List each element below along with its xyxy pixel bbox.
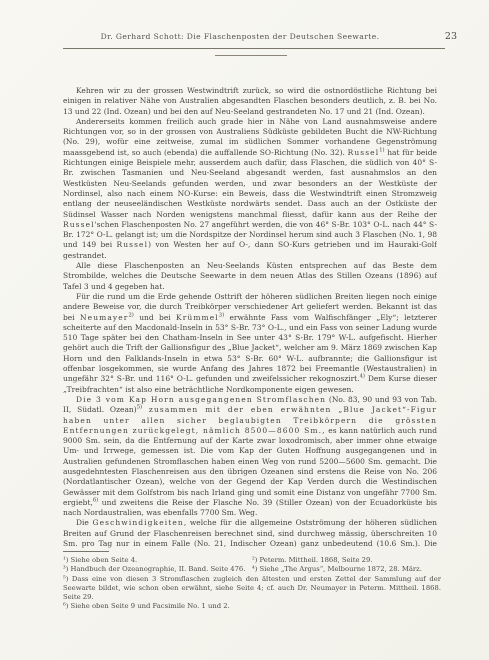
text-run: und bei [134,313,176,322]
footnote: ⁴) Siehe „The Argus“, Melbourne 1872, 28… [252,565,441,574]
article-body: Kehren wir zu der grossen Westwindtrift … [63,86,437,548]
footnote: ⁵) Dass eine von diesen 3 Stromflaschen … [63,575,441,603]
text-run: hat für beide Richtungen einige Beispiel… [63,148,437,219]
text-run: und zweitens die Reise der Flasche No. 3… [63,498,437,517]
paragraph: Kehren wir zu der grossen Westwindtrift … [63,86,437,117]
paragraph: Die 3 vom Kap Horn ausgegangenen Stromfl… [63,395,437,519]
footnote-rule [63,551,109,552]
footnote: ¹) Siehe oben Seite 4. [63,556,252,565]
scanned-page: Dr. Gerhard Schott: Die Flaschenposten d… [0,0,489,660]
text-run: es kann natürlich auch rund 9000 Sm. sei… [63,426,437,507]
text-run: Krümmel [176,313,219,322]
text-run: Die 3 vom Kap Horn ausgegangenen Stromfl… [76,395,326,404]
header-rule [63,48,445,49]
page-number: 23 [445,31,457,42]
paragraph: Alle diese Flaschenposten an Neu-Seeland… [63,261,437,292]
page-header: Dr. Gerhard Schott: Die Flaschenposten d… [63,32,457,46]
paragraph: Die Geschwindigkeiten, welche für die al… [63,518,437,548]
footnote: ³) Handbuch der Ozeanographie, II. Band.… [63,565,252,574]
text-run: erwähnte Fass vom Walfischfänger „Ely“; … [63,313,437,384]
text-run: Russel [348,148,380,157]
footnote: ²) Peterm. Mittheil. 1868, Seite 29. [252,556,441,565]
text-run: Neumayer [80,313,128,322]
text-run: Kehren wir zu der grossen Westwindtrift … [63,86,437,116]
text-run: Russel [116,240,148,249]
running-head: Dr. Gerhard Schott: Die Flaschenposten d… [63,32,417,41]
text-run: Geschwindigkeiten [93,518,184,527]
paragraph: Für die rund um die Erde gehende Osttrif… [63,292,437,395]
text-run: Russel [63,220,95,229]
footnote-row: ¹) Siehe oben Seite 4.²) Peterm. Mitthei… [63,556,441,565]
footnote-row: ³) Handbuch der Ozeanographie, II. Band.… [63,565,441,574]
header-rule-short [215,55,287,56]
text-run: Die [76,518,93,527]
footnotes: ¹) Siehe oben Seite 4.²) Peterm. Mitthei… [63,556,441,612]
text-run: Alle diese Flaschenposten an Neu-Seeland… [63,261,437,291]
paragraph: Andererseits kommen freilich auch grade … [63,117,437,261]
footnote: ⁶) Siehe oben Seite 9 und Facsimile No. … [63,602,441,611]
